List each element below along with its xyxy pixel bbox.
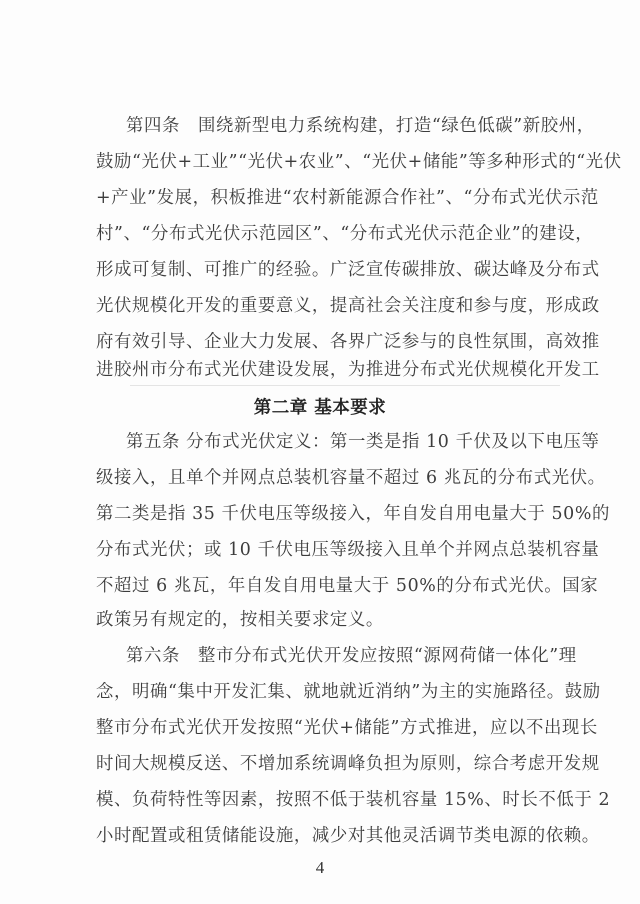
scan-separator-line: [130, 385, 560, 386]
chapter-heading: 第二章 基本要求: [0, 390, 640, 426]
paragraph-line: 政策另有规定的，按相关要求定义。: [96, 602, 384, 638]
paragraph-line: 进胶州市分布式光伏建设发展，为推进分布式光伏规模化开发工: [96, 352, 600, 388]
paragraph-line: 第二类是指 35 千伏电压等级接入，年自发自用电量大于 50%的: [96, 496, 610, 532]
paragraph-line: 第四条 围绕新型电力系统构建，打造“绿色低碳”新胶州，: [126, 108, 595, 144]
paragraph-line: 念，明确“集中开发汇集、就地就近消纳”为主的实施路径。鼓励: [96, 674, 601, 710]
paragraph-line: 整市分布式光伏开发按照“光伏+储能”方式推进，应以不出现长: [96, 710, 598, 746]
paragraph-line: 模、负荷特性等因素，按照不低于装机容量 15%、时长不低于 2: [96, 782, 610, 818]
paragraph-line: 小时配置或租赁储能设施，减少对其他灵活调节类电源的依赖。: [96, 818, 600, 854]
paragraph-line: 不超过 6 兆瓦，年自发自用电量大于 50%的分布式光伏。国家: [96, 568, 598, 604]
paragraph-line: 时间大规模反送、不增加系统调峰负担为原则，综合考虑开发规: [96, 746, 600, 782]
paragraph-line: 村”、“分布式光伏示范园区”、“分布式光伏示范企业”的建设，: [96, 216, 593, 252]
paragraph-line: 形成可复制、可推广的经验。广泛宣传碳排放、碳达峰及分布式: [96, 252, 600, 288]
paragraph-line: 第六条 整市分布式光伏开发应按照“源网荷储一体化”理: [126, 638, 577, 674]
paragraph-line: 鼓励“光伏+工业”“光伏+农业”、“光伏+储能”等多种形式的“光伏: [96, 144, 622, 180]
page-number: 4: [0, 858, 640, 878]
document-page: 第四条 围绕新型电力系统构建，打造“绿色低碳”新胶州， 鼓励“光伏+工业”“光伏…: [0, 0, 640, 904]
paragraph-line: 第五条 分布式光伏定义：第一类是指 10 千伏及以下电压等: [126, 424, 600, 460]
paragraph-line: 分布式光伏；或 10 千伏电压等级接入且单个并网点总装机容量: [96, 532, 599, 568]
paragraph-line: 级接入，且单个并网点总装机容量不超过 6 兆瓦的分布式光伏。: [96, 460, 606, 496]
paragraph-line: +产业”发展，积板推进“农村新能源合作社”、“分布式光伏示范: [96, 180, 599, 216]
paragraph-line: 光伏规模化开发的重要意义，提高社会关注度和参与度，形成政: [96, 288, 600, 324]
